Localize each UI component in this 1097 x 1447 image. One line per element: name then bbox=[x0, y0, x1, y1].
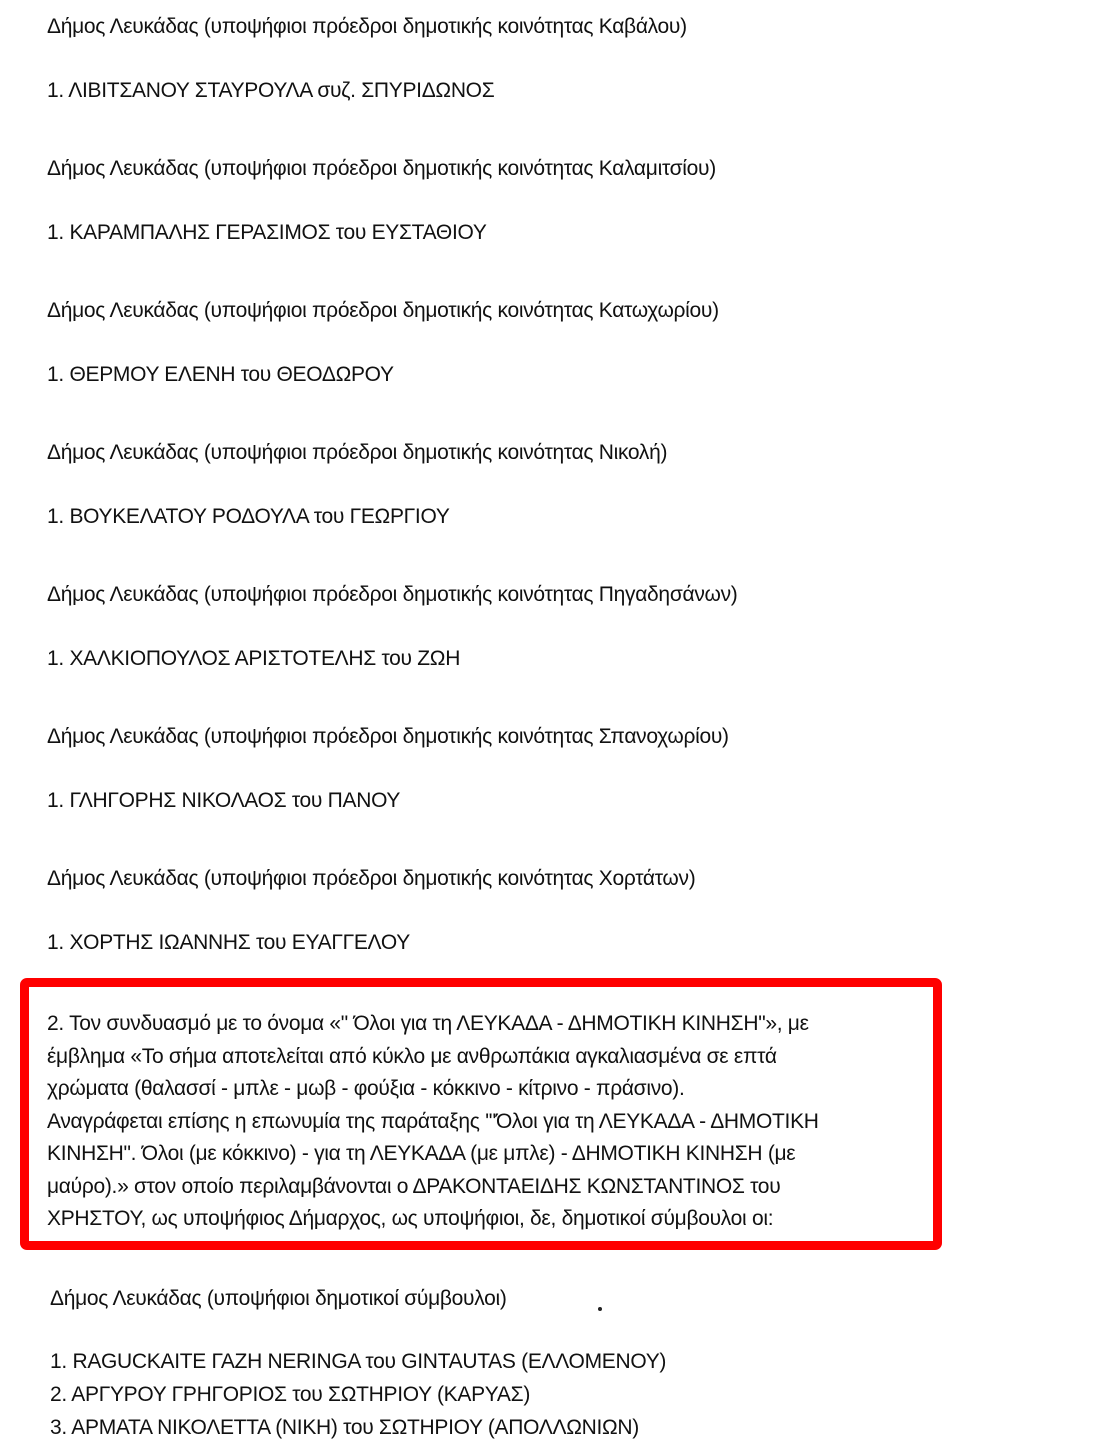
scan-artifact-dot bbox=[598, 1307, 602, 1311]
councillor-entry: 1. RAGUCKAITE ΓΑΖΗ NERINGA του GINTAUTAS… bbox=[50, 1345, 666, 1378]
candidate-entry: 1. ΚΑΡΑΜΠΑΛΗΣ ΓΕΡΑΣΙΜΟΣ του ΕΥΣΤΑΘΙΟΥ bbox=[47, 220, 487, 246]
candidate-entry: 1. ΘΕΡΜΟΥ ΕΛΕΝΗ του ΘΕΟΔΩΡΟΥ bbox=[47, 362, 394, 388]
section-heading: Δήμος Λευκάδας (υποψήφιοι πρόεδροι δημοτ… bbox=[47, 724, 729, 750]
candidate-entry: 1. ΧΟΡΤΗΣ ΙΩΑΝΝΗΣ του ΕΥΑΓΓΕΛΟΥ bbox=[47, 930, 410, 956]
candidate-entry: 1. ΒΟΥΚΕΛΑΤΟΥ ΡΟΔΟΥΛΑ του ΓΕΩΡΓΙΟΥ bbox=[47, 504, 450, 530]
paragraph-line: έμβλημα «Το σήμα αποτελείται από κύκλο μ… bbox=[47, 1041, 927, 1074]
paragraph-line: ΚΙΝΗΣΗ". Όλοι (με κόκκινο) - για τη ΛΕΥΚ… bbox=[47, 1138, 927, 1171]
paragraph-line: 2. Τον συνδυασμό με το όνομα «" Όλοι για… bbox=[47, 1008, 927, 1041]
councillor-entry: 2. ΑΡΓΥΡΟΥ ΓΡΗΓΟΡΙΟΣ του ΣΩΤΗΡΙΟΥ (ΚΑΡΥΑ… bbox=[50, 1378, 666, 1411]
councillor-entry: 3. ΑΡΜΑΤΑ ΝΙΚΟΛΕΤΤΑ (ΝΙΚΗ) του ΣΩΤΗΡΙΟΥ … bbox=[50, 1411, 666, 1444]
section-heading: Δήμος Λευκάδας (υποψήφιοι πρόεδροι δημοτ… bbox=[47, 582, 738, 608]
councillors-heading: Δήμος Λευκάδας (υποψήφιοι δημοτικοί σύμβ… bbox=[50, 1286, 507, 1312]
candidate-entry: 1. ΓΛΗΓΟΡΗΣ ΝΙΚΟΛΑΟΣ του ΠΑΝΟΥ bbox=[47, 788, 400, 814]
section-heading: Δήμος Λευκάδας (υποψήφιοι πρόεδροι δημοτ… bbox=[47, 440, 667, 466]
paragraph-line: ΧΡΗΣΤΟΥ, ως υποψήφιος Δήμαρχος, ως υποψή… bbox=[47, 1203, 927, 1236]
paragraph-line: μαύρο).» στον οποίο περιλαμβάνονται ο ΔΡ… bbox=[47, 1171, 927, 1204]
candidate-entry: 1. ΧΑΛΚΙΟΠΟΥΛΟΣ ΑΡΙΣΤΟΤΕΛΗΣ του ΖΩΗ bbox=[47, 646, 460, 672]
section-heading: Δήμος Λευκάδας (υποψήφιοι πρόεδροι δημοτ… bbox=[47, 298, 719, 324]
candidate-entry: 1. ΛΙΒΙΤΣΑΝΟΥ ΣΤΑΥΡΟΥΛΑ συζ. ΣΠΥΡΙΔΩΝΟΣ bbox=[47, 78, 494, 104]
paragraph-line: Αναγράφεται επίσης η επωνυμία της παράτα… bbox=[47, 1106, 927, 1139]
highlighted-paragraph: 2. Τον συνδυασμό με το όνομα «" Όλοι για… bbox=[47, 1008, 927, 1236]
section-heading: Δήμος Λευκάδας (υποψήφιοι πρόεδροι δημοτ… bbox=[47, 156, 716, 182]
councillors-list: 1. RAGUCKAITE ΓΑΖΗ NERINGA του GINTAUTAS… bbox=[50, 1345, 666, 1444]
section-heading: Δήμος Λευκάδας (υποψήφιοι πρόεδροι δημοτ… bbox=[47, 14, 687, 40]
section-heading: Δήμος Λευκάδας (υποψήφιοι πρόεδροι δημοτ… bbox=[47, 866, 695, 892]
paragraph-line: χρώματα (θαλασσί - μπλε - μωβ - φούξια -… bbox=[47, 1073, 927, 1106]
